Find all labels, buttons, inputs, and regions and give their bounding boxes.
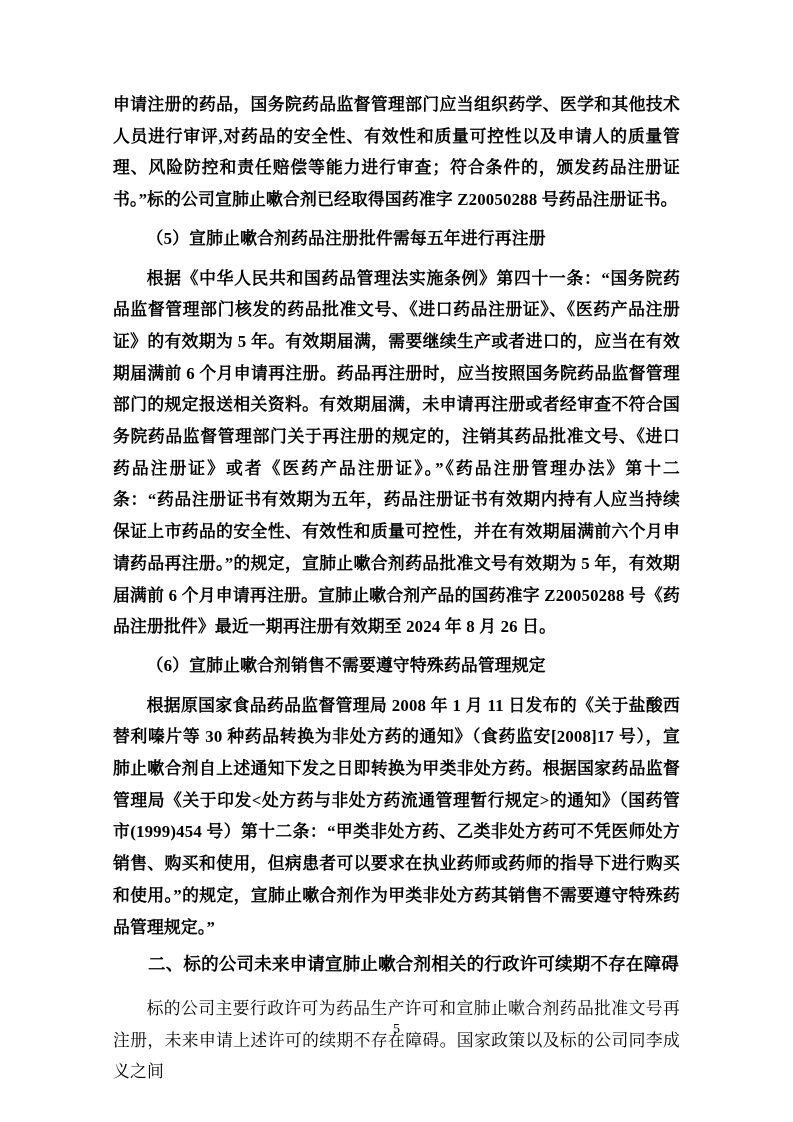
document-page: 申请注册的药品，国务院药品监督管理部门应当组织药学、医学和其他技术人员进行审评,… bbox=[0, 0, 793, 1122]
paragraph-registration-certificate: 申请注册的药品，国务院药品监督管理部门应当组织药学、医学和其他技术人员进行审评,… bbox=[113, 89, 680, 216]
paragraph-license-renewal: 标的公司主要行政许可为药品生产许可和宣肺止嗽合剂药品批准文号再注册，未来申请上述… bbox=[113, 993, 680, 1088]
paragraph-otc-no-special-regulation: 根据原国家食品药品监督管理局 2008 年 1 月 11 日发布的《关于盐酸西替… bbox=[113, 690, 680, 944]
heading-item-6: （6）宣肺止嗽合剂销售不需要遵守特殊药品管理规定 bbox=[113, 650, 680, 682]
heading-section-2: 二、标的公司未来申请宣肺止嗽合剂相关的行政许可续期不存在障碍 bbox=[113, 949, 680, 981]
paragraph-reregistration-every-five-years: 根据《中华人民共和国药品管理法实施条例》第四十一条：“国务院药品监督管理部门核发… bbox=[113, 263, 680, 643]
heading-item-5: （5）宣肺止嗽合剂药品注册批件需每五年进行再注册 bbox=[113, 223, 680, 255]
page-number: 5 bbox=[0, 1022, 793, 1038]
page-body-text: 申请注册的药品，国务院药品监督管理部门应当组织药学、医学和其他技术人员进行审评,… bbox=[113, 89, 680, 1088]
